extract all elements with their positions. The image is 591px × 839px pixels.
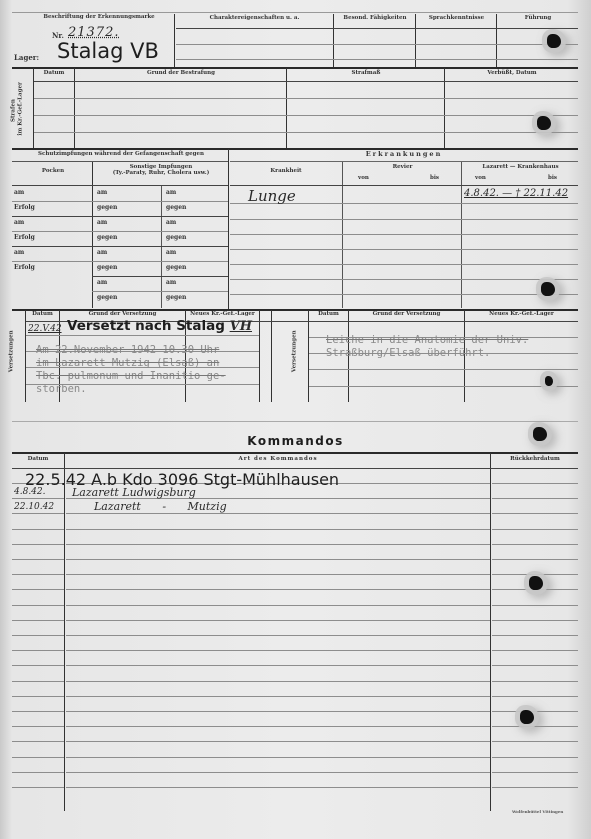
kdo-col-rueckkehr: Rückkehrdatum bbox=[492, 456, 578, 462]
lager-label: Lager: bbox=[14, 53, 39, 62]
sonstige-cell: am bbox=[97, 219, 107, 226]
pocken-cell: Erfolg bbox=[14, 204, 35, 211]
punch-hole bbox=[520, 710, 534, 724]
col-sprachkenntnisse: Sprachkenntnisse bbox=[417, 15, 496, 21]
kommando-entry-2-art: Lazarett Ludwigsburg bbox=[72, 486, 196, 499]
sonstige-cell: am bbox=[97, 189, 107, 196]
revier-bis: bis bbox=[430, 175, 439, 181]
punch-hole bbox=[533, 427, 547, 441]
kommando-entry-3-art: Lazarett - Mutzig bbox=[94, 500, 227, 513]
printer-mark: Wolfenbüttel Vittingen bbox=[512, 810, 563, 814]
kommandos-title: Kommandos bbox=[0, 434, 591, 448]
col-pocken: Pocken bbox=[14, 168, 92, 174]
death-note-line-1: Am 22.November 1942 10.30 Uhr bbox=[36, 344, 219, 357]
sonstige-cell: am bbox=[97, 279, 107, 286]
sonstige-cell: am bbox=[97, 249, 107, 256]
erkennungsmarke-label: Beschriftung der Erkennungsmarke bbox=[24, 14, 174, 20]
versetzungen-side-label-right: Versetzungen bbox=[292, 326, 299, 376]
pocken-cell: am bbox=[14, 249, 24, 256]
pow-card: Beschriftung der Erkennungsmarke Nr. 213… bbox=[0, 0, 591, 839]
revier-von: von bbox=[358, 175, 369, 181]
punch-hole bbox=[529, 576, 543, 590]
death-note-line-4: storben. bbox=[36, 383, 87, 396]
punch-hole bbox=[537, 116, 551, 130]
lazarett-von: von bbox=[475, 175, 486, 181]
lager-value: Stalag VB bbox=[57, 39, 159, 63]
strafen-side-label: Strafenim Kr.-Gef.-Lager bbox=[10, 86, 23, 136]
vers-col-grund: Grund der Versetzung bbox=[60, 311, 185, 317]
vers-col-grund-2: Grund der Versetzung bbox=[349, 311, 464, 317]
pocken-cell: Erfolg bbox=[14, 234, 35, 241]
sonstige-cell: gegen bbox=[97, 204, 117, 211]
strafen-col-grund: Grund der Bestrafung bbox=[76, 70, 286, 76]
sonstige-cell: am bbox=[166, 279, 176, 286]
impfungen-title: Schutzimpfungen während der Gefangenscha… bbox=[14, 151, 228, 157]
punch-hole bbox=[547, 34, 561, 48]
pocken-cell: Erfolg bbox=[14, 264, 35, 271]
nr-value: 21372. bbox=[68, 25, 120, 40]
sonstige-cell: am bbox=[166, 189, 176, 196]
sonstige-cell: am bbox=[166, 249, 176, 256]
pocken-cell: am bbox=[14, 219, 24, 226]
kommando-entry-3-datum: 22.10.42 bbox=[14, 502, 54, 512]
versetzung-datum: 22.V.42 bbox=[28, 324, 62, 334]
lazarett-entry: 4.8.42. — † 22.11.42 bbox=[464, 188, 568, 199]
col-lazarett: Lazarett — Krankenhaus bbox=[463, 164, 578, 170]
death-note-line-2: im Lazarett Mutzig (Elsaß) an bbox=[36, 357, 219, 370]
sonstige-cell: am bbox=[166, 219, 176, 226]
sonstige-cell: gegen bbox=[166, 234, 186, 241]
col-charakter: Charaktereigenschaften u. a. bbox=[176, 15, 333, 21]
kdo-col-datum: Datum bbox=[12, 456, 64, 462]
strafen-col-datum: Datum bbox=[34, 70, 74, 76]
transfer-note-line-2: Straßburg/Elsaß überführt. bbox=[326, 347, 490, 360]
sonstige-cell: gegen bbox=[97, 294, 117, 301]
vers-col-lager: Neues Kr.-Gef.-Lager bbox=[186, 311, 259, 317]
punch-hole bbox=[545, 376, 553, 386]
lazarett-bis: bis bbox=[548, 175, 557, 181]
versetzung-stamp: Versetzt nach Stalag VH bbox=[67, 318, 252, 334]
sonstige-cell: gegen bbox=[166, 204, 186, 211]
sonstige-cell: gegen bbox=[97, 234, 117, 241]
punch-hole bbox=[541, 282, 555, 296]
col-faehigkeiten: Besond. Fähigkeiten bbox=[335, 15, 415, 21]
strafen-col-strafmass: Strafmaß bbox=[288, 70, 444, 76]
sonstige-cell: gegen bbox=[166, 294, 186, 301]
strafen-col-verbuesst: Verbüßt, Datum bbox=[446, 70, 578, 76]
versetzungen-side-label-left: Versetzungen bbox=[9, 326, 16, 376]
col-revier: Revier bbox=[344, 164, 461, 170]
col-krankheit: Krankheit bbox=[230, 168, 342, 174]
vers-col-datum: Datum bbox=[26, 311, 59, 317]
vers-col-lager-2: Neues Kr.-Gef.-Lager bbox=[465, 311, 578, 317]
col-fuehrung: Führung bbox=[498, 15, 578, 21]
sonstige-cell: gegen bbox=[166, 264, 186, 271]
krankheit-entry: Lunge bbox=[248, 187, 296, 205]
erkrankungen-title: Erkrankungen bbox=[230, 151, 578, 158]
sonstige-cell: gegen bbox=[97, 264, 117, 271]
death-note-line-3: Tbc. pulmonum und Inanitio ge- bbox=[36, 370, 226, 383]
pocken-cell: am bbox=[14, 189, 24, 196]
kdo-col-art: Art des Kommandos bbox=[66, 456, 490, 462]
kommando-entry-2-datum: 4.8.42. bbox=[14, 487, 46, 497]
transfer-note-line-1: Leiche in die Anatomie der Univ. bbox=[326, 334, 528, 347]
vers-col-datum-2: Datum bbox=[309, 311, 348, 317]
col-sonstige: Sonstige Impfungen(Ty.-Paraty, Ruhr, Cho… bbox=[94, 164, 228, 176]
